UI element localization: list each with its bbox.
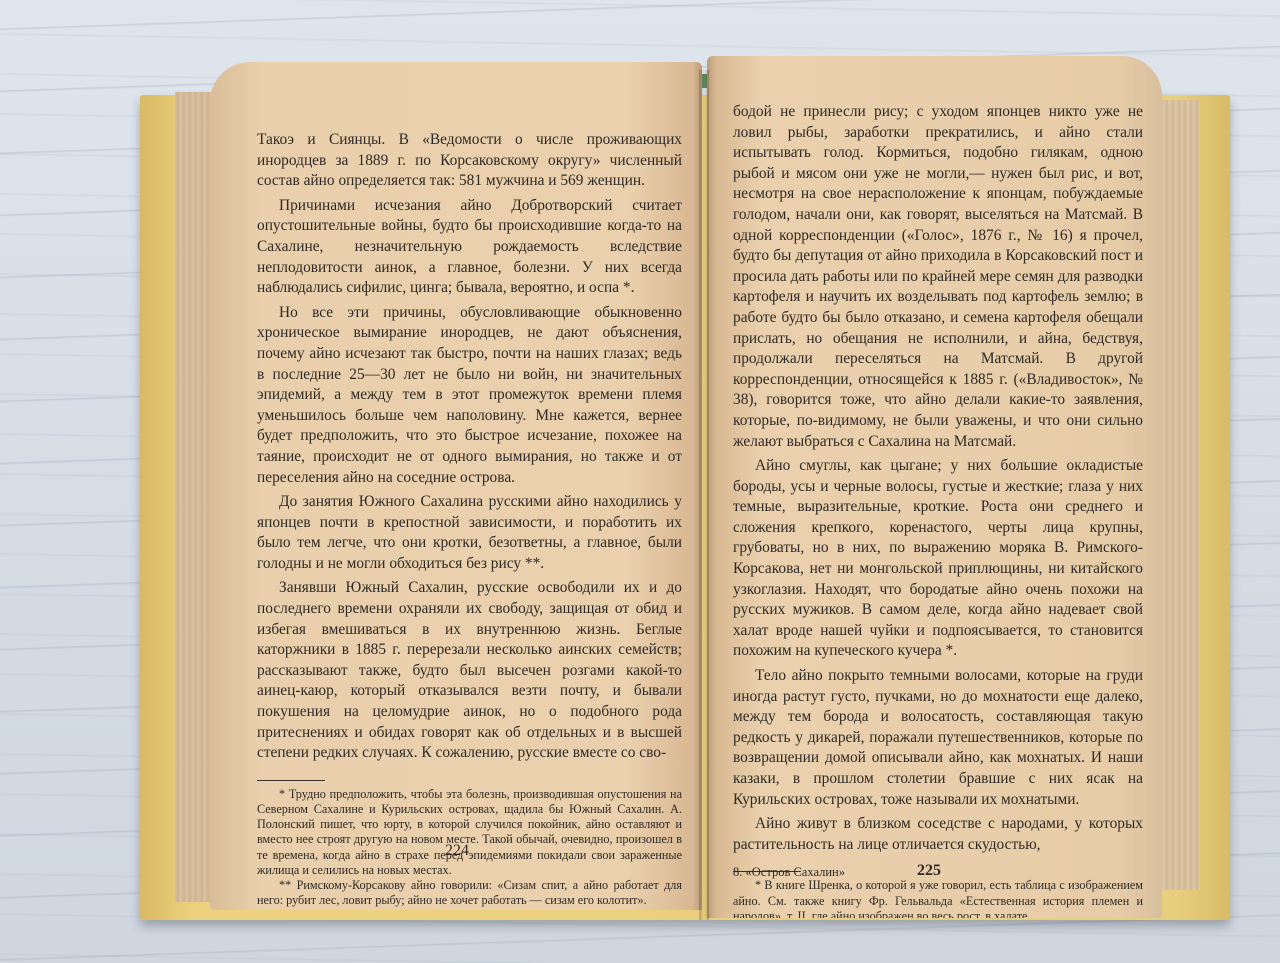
paragraph: Айно живут в близком соседстве с народам… xyxy=(733,814,1143,855)
right-page: бодой не принесли рису; с уходом японцев… xyxy=(707,56,1162,918)
page-number: 224 xyxy=(445,842,469,860)
footnote: ** Римскому-Корсакову айно говорили: «Си… xyxy=(257,878,682,908)
footnotes: * Трудно предположить, чтобы эта болезнь… xyxy=(257,787,682,909)
paragraph: Айно смуглы, как цыгане; у них большие о… xyxy=(733,456,1143,662)
paragraph: Но все эти причины, обусловливающие обык… xyxy=(257,303,682,488)
paragraph: Тело айно покрыто темными волосами, кото… xyxy=(733,666,1143,810)
footnote-divider xyxy=(257,780,325,781)
footnotes: * В книге Шренка, о которой я уже говори… xyxy=(733,878,1143,918)
footnote: * Трудно предположить, чтобы эта болезнь… xyxy=(257,787,682,878)
paragraph: бодой не принесли рису; с уходом японцев… xyxy=(733,102,1143,452)
left-page: Такоэ и Сиянцы. В «Ведомости о числе про… xyxy=(210,62,702,910)
left-page-body: Такоэ и Сиянцы. В «Ведомости о числе про… xyxy=(257,130,682,908)
paragraph: Занявши Южный Сахалин, русские освободил… xyxy=(257,578,682,763)
paragraph: Причинами исчезания айно Добротворский с… xyxy=(257,196,682,299)
printer-signature: 8. «Остров Сахалин» xyxy=(733,865,845,880)
right-page-body: бодой не принесли рису; с уходом японцев… xyxy=(733,102,1143,918)
paragraph: Такоэ и Сиянцы. В «Ведомости о числе про… xyxy=(257,130,682,192)
footnote: * В книге Шренка, о которой я уже говори… xyxy=(733,878,1143,918)
paragraph: До занятия Южного Сахалина русскими айно… xyxy=(257,492,682,574)
page-number: 225 xyxy=(917,862,941,880)
book-gutter xyxy=(699,70,709,920)
